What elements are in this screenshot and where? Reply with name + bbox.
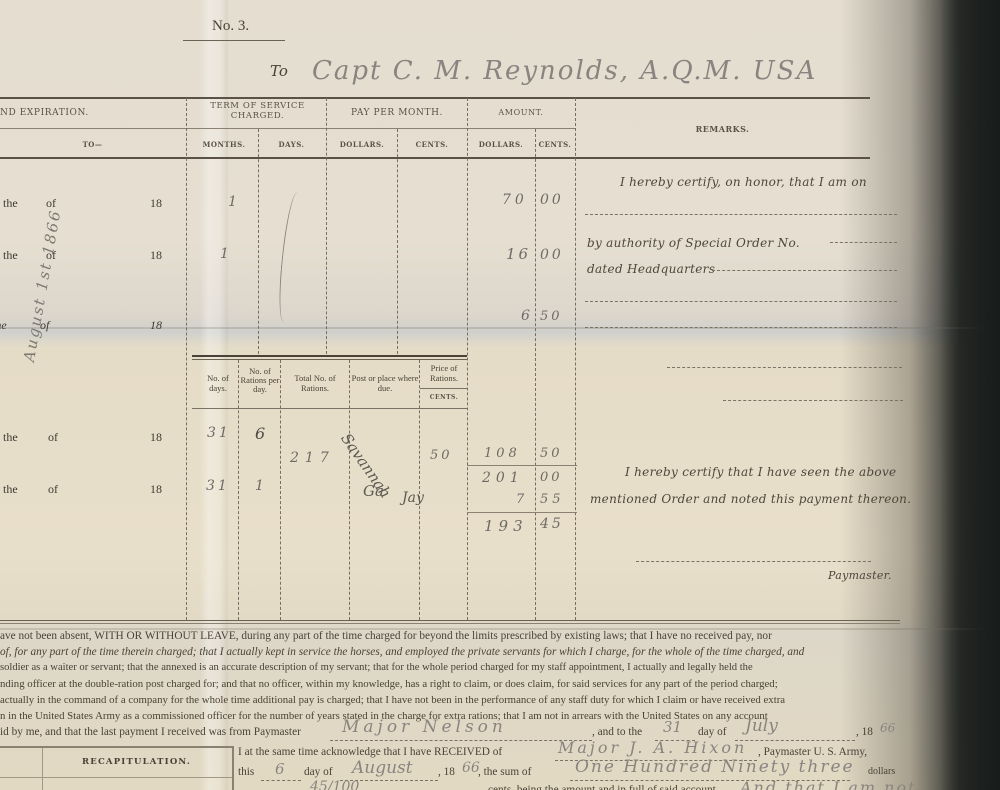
this-text: this <box>238 766 254 778</box>
header-amount-cents: CENTS. <box>535 140 575 149</box>
remarks-certify-seen: I hereby certify that I have seen the ab… <box>625 465 896 479</box>
sum-of-text: , the sum of <box>478 766 531 778</box>
header-days: DAYS. <box>258 140 325 149</box>
to-the-text: , and to the <box>592 726 642 738</box>
header-amount: AMOUNT. <box>467 108 575 117</box>
last-paymaster-field[interactable] <box>330 740 592 741</box>
paymaster-label: Paymaster. <box>828 569 892 582</box>
rations-header-rule <box>192 408 467 409</box>
dark-background-edge <box>940 0 1000 790</box>
column-divider <box>575 98 576 620</box>
row-months: 1 <box>228 194 237 210</box>
rations-top-rule2 <box>192 359 467 360</box>
row-of: of <box>48 430 58 445</box>
day-of-text: day of <box>698 726 727 738</box>
header-no-of-days: No. of days. <box>199 373 237 393</box>
ration-days: 31 <box>206 478 230 494</box>
row-amount-dollars: 16 <box>506 245 531 263</box>
column-divider <box>258 129 259 354</box>
header-expiration: ND EXPIRATION. <box>0 108 180 118</box>
row-amount-dollars: 6 <box>521 308 530 324</box>
last-month-field[interactable] <box>735 740 855 741</box>
certificate-line: soldier as a waiter or servant; that the… <box>0 662 753 673</box>
column-divider <box>186 98 187 620</box>
recapitulation-table <box>0 746 234 790</box>
header-price-cents: CENTS. <box>421 394 467 401</box>
table-bottom-rule2 <box>0 623 900 624</box>
ration-price: Jay <box>402 490 424 506</box>
ration-total: 217 <box>290 450 335 466</box>
remarks-special-order: by authority of Special Order No. <box>587 236 800 250</box>
row-amount-cents: 00 <box>540 247 564 263</box>
and-not-note: And that I am not <box>740 778 917 790</box>
ration-amount-dollars: 201 <box>482 470 524 486</box>
rations-divider <box>349 360 350 620</box>
day-of-text: day of <box>304 766 333 778</box>
total-cents: 45 <box>540 516 564 532</box>
ration-amount-dollars: 108 <box>484 446 521 461</box>
recap-rule <box>0 777 232 778</box>
cents-line-text: cents, being the amount and in full of s… <box>488 784 719 790</box>
remarks-blank-line <box>585 301 897 302</box>
to-label: To <box>270 62 288 80</box>
row-amount-cents: 00 <box>540 192 564 208</box>
year-prefix: , 18 <box>856 726 873 738</box>
rations-divider <box>238 360 239 620</box>
header-amount-dollars: DOLLARS. <box>467 140 535 149</box>
total-dollars: 193 <box>484 517 528 535</box>
last-year-value: 66 <box>880 721 895 735</box>
header-remarks: REMARKS. <box>575 124 870 134</box>
year-prefix: , 18 <box>438 766 455 778</box>
amount-separator <box>467 512 577 513</box>
header-months: MONTHS. <box>190 140 258 149</box>
recap-divider <box>42 748 43 790</box>
remarks-blank-line <box>585 214 897 215</box>
received-day-value: 6 <box>275 760 285 778</box>
acknowledge-text: I at the same time acknowledge that I ha… <box>238 746 502 758</box>
last-day-value: 31 <box>663 718 682 736</box>
column-divider <box>397 129 398 354</box>
header-total-rations: Total No. of Rations. <box>282 373 348 393</box>
row-year: 18 <box>150 482 162 497</box>
certificate-line: ave not been absent, WITH OR WITHOUT LEA… <box>0 630 772 642</box>
table-top-rule <box>0 97 870 99</box>
row-months: 1 <box>220 246 229 262</box>
column-divider <box>535 129 536 620</box>
ration-post: Ga <box>363 482 384 500</box>
received-month-value: August <box>352 758 413 778</box>
row-year: 18 <box>150 430 162 445</box>
received-day-field[interactable] <box>261 780 301 781</box>
received-from-value: Major J. A. Hixon <box>558 738 747 757</box>
remarks-blank-line <box>667 367 902 368</box>
rations-top-rule <box>192 355 467 357</box>
rations-divider <box>280 360 281 620</box>
row-amount-cents: 50 <box>540 309 563 324</box>
row-year: 18 <box>150 318 162 333</box>
remarks-dated-headquarters: dated Headquarters <box>587 262 715 276</box>
certificate-line: actually in the command of a company for… <box>0 694 785 706</box>
row-the: the <box>3 248 18 263</box>
row-year: 18 <box>150 248 162 263</box>
last-month-value: July <box>745 716 778 736</box>
header-post: Post or place where due. <box>351 373 419 393</box>
cents-words-value: 45/100 <box>310 779 359 790</box>
paymaster-signature-line[interactable] <box>636 561 871 562</box>
header-term-of-service: TERM OF SERVICE CHARGED. <box>190 101 325 121</box>
remarks-certify-noted: mentioned Order and noted this payment t… <box>590 492 911 506</box>
header-price: Price of Rations. <box>421 363 467 383</box>
header-pay-per-month: PAY PER MONTH. <box>327 108 467 118</box>
form-number: No. 3. <box>212 18 249 35</box>
row-the: the <box>3 196 18 211</box>
row-year: 18 <box>150 196 162 211</box>
last-payment-text: id by me, and that the last payment I re… <box>0 726 301 738</box>
rations-price-split <box>420 388 467 389</box>
amount-separator <box>467 465 577 466</box>
table-bottom-rule <box>0 620 900 621</box>
certificate-line: nding officer at the double-ration post … <box>0 678 778 690</box>
recapitulation-title: RECAPITULATION. <box>82 757 191 767</box>
ration-amount-cents: 50 <box>540 446 563 461</box>
dollars-text: dollars <box>868 766 895 777</box>
column-divider <box>467 98 468 620</box>
certificate-line: of, for any part of the time therein cha… <box>0 646 804 658</box>
ration-price: 50 <box>430 448 453 463</box>
header-rations-per-day: No. of Rations per day. <box>240 367 280 394</box>
ration-per-day: 6 <box>255 424 265 443</box>
column-divider <box>326 98 327 354</box>
header-pay-cents: CENTS. <box>397 140 467 149</box>
row-the: the <box>0 318 7 333</box>
remarks-blank-line <box>723 400 903 401</box>
row-the: the <box>3 430 18 445</box>
payee-name: Capt C. M. Reynolds, A.Q.M. USA <box>312 56 817 86</box>
row-the: the <box>3 482 18 497</box>
remarks-certify-honor: I hereby certify, on honor, that I am on <box>620 175 867 189</box>
ration-per-day: 1 <box>255 478 264 494</box>
special-order-number-field[interactable] <box>830 242 897 243</box>
deduction-dollars: 7 <box>516 492 524 507</box>
header-pay-dollars: DOLLARS. <box>327 140 397 149</box>
ration-days: 31 <box>207 425 231 441</box>
remarks-blank-line <box>585 327 897 328</box>
row-of: of <box>48 482 58 497</box>
headquarters-field[interactable] <box>712 270 897 271</box>
ration-amount-cents: 00 <box>540 470 563 485</box>
table-header-rule <box>0 128 575 129</box>
row-amount-dollars: 70 <box>502 192 528 208</box>
header-to: TO— <box>0 140 185 149</box>
table-subheader-rule <box>0 157 870 159</box>
form-number-underline <box>183 40 285 41</box>
last-paymaster-name: Major Nelson <box>342 717 507 737</box>
sum-words-value: One Hundred Ninety three <box>575 757 855 777</box>
deduction-cents: 55 <box>540 492 565 507</box>
